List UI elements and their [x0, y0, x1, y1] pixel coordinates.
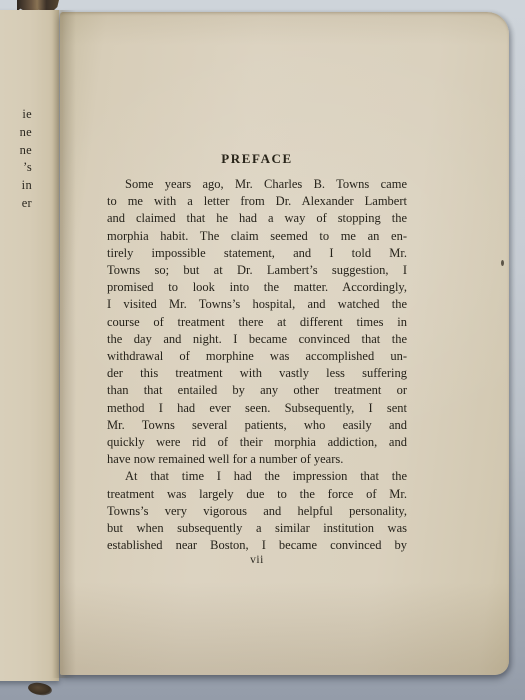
text-line: and claimed that he had a way of stoppin…: [107, 210, 407, 227]
text-line: At that time I had the impression that t…: [107, 468, 407, 485]
left-page-sliver: ie ne ne ’s in er: [0, 10, 59, 681]
page-number: vii: [107, 554, 407, 566]
left-page-text-fragments: ie ne ne ’s in er: [0, 106, 32, 213]
text-line: promised to look into the matter. Accord…: [107, 279, 407, 296]
text-line: course of treatment there at different t…: [107, 314, 407, 331]
text-line: quickly were rid of their morphia addict…: [107, 434, 407, 451]
text-line: Towns so; but at Dr. Lambert’s suggestio…: [107, 262, 407, 279]
left-page-fragment-line: er: [0, 195, 32, 213]
left-page-fragment-line: in: [0, 177, 32, 195]
preface-text-block: Some years ago, Mr. Charles B. Towns cam…: [107, 176, 407, 554]
text-line: Mr. Towns several patients, who easily a…: [107, 417, 407, 434]
left-page-fragment-line: ne: [0, 142, 32, 160]
text-line: withdrawal of morphine was accomplished …: [107, 348, 407, 365]
left-page-fragment-line: ’s: [0, 159, 32, 177]
left-page-fragment-line: ne: [0, 124, 32, 142]
left-page-fragment-line: ie: [0, 106, 32, 124]
text-line: Towns’s very vigorous and helpful person…: [107, 503, 407, 520]
text-line: but when subsequently a similar institut…: [107, 520, 407, 537]
book-photo: ie ne ne ’s in er PREFACE Some years ago…: [0, 0, 525, 700]
book-spine-bottom-edge: [27, 681, 53, 697]
text-line: Some years ago, Mr. Charles B. Towns cam…: [107, 176, 407, 193]
text-line: established near Boston, I became convin…: [107, 537, 407, 554]
text-line: I visited Mr. Towns’s hospital, and watc…: [107, 296, 407, 313]
text-line: morphia habit. The claim seemed to me an…: [107, 228, 407, 245]
page-edge-speck: [501, 260, 504, 266]
preface-page: PREFACE Some years ago, Mr. Charles B. T…: [60, 12, 509, 675]
text-line: tirely impossible statement, and I told …: [107, 245, 407, 262]
text-line: method I had ever seen. Subsequently, I …: [107, 400, 407, 417]
text-line: to me with a letter from Dr. Alexander L…: [107, 193, 407, 210]
text-line: der this treatment with vastly less suff…: [107, 365, 407, 382]
text-line: treatment was largely due to the force o…: [107, 486, 407, 503]
text-line: than that entailed by any other treatmen…: [107, 382, 407, 399]
page-title: PREFACE: [107, 151, 407, 167]
text-line: have now remained well for a number of y…: [107, 451, 407, 468]
text-line: the day and night. I became convinced th…: [107, 331, 407, 348]
